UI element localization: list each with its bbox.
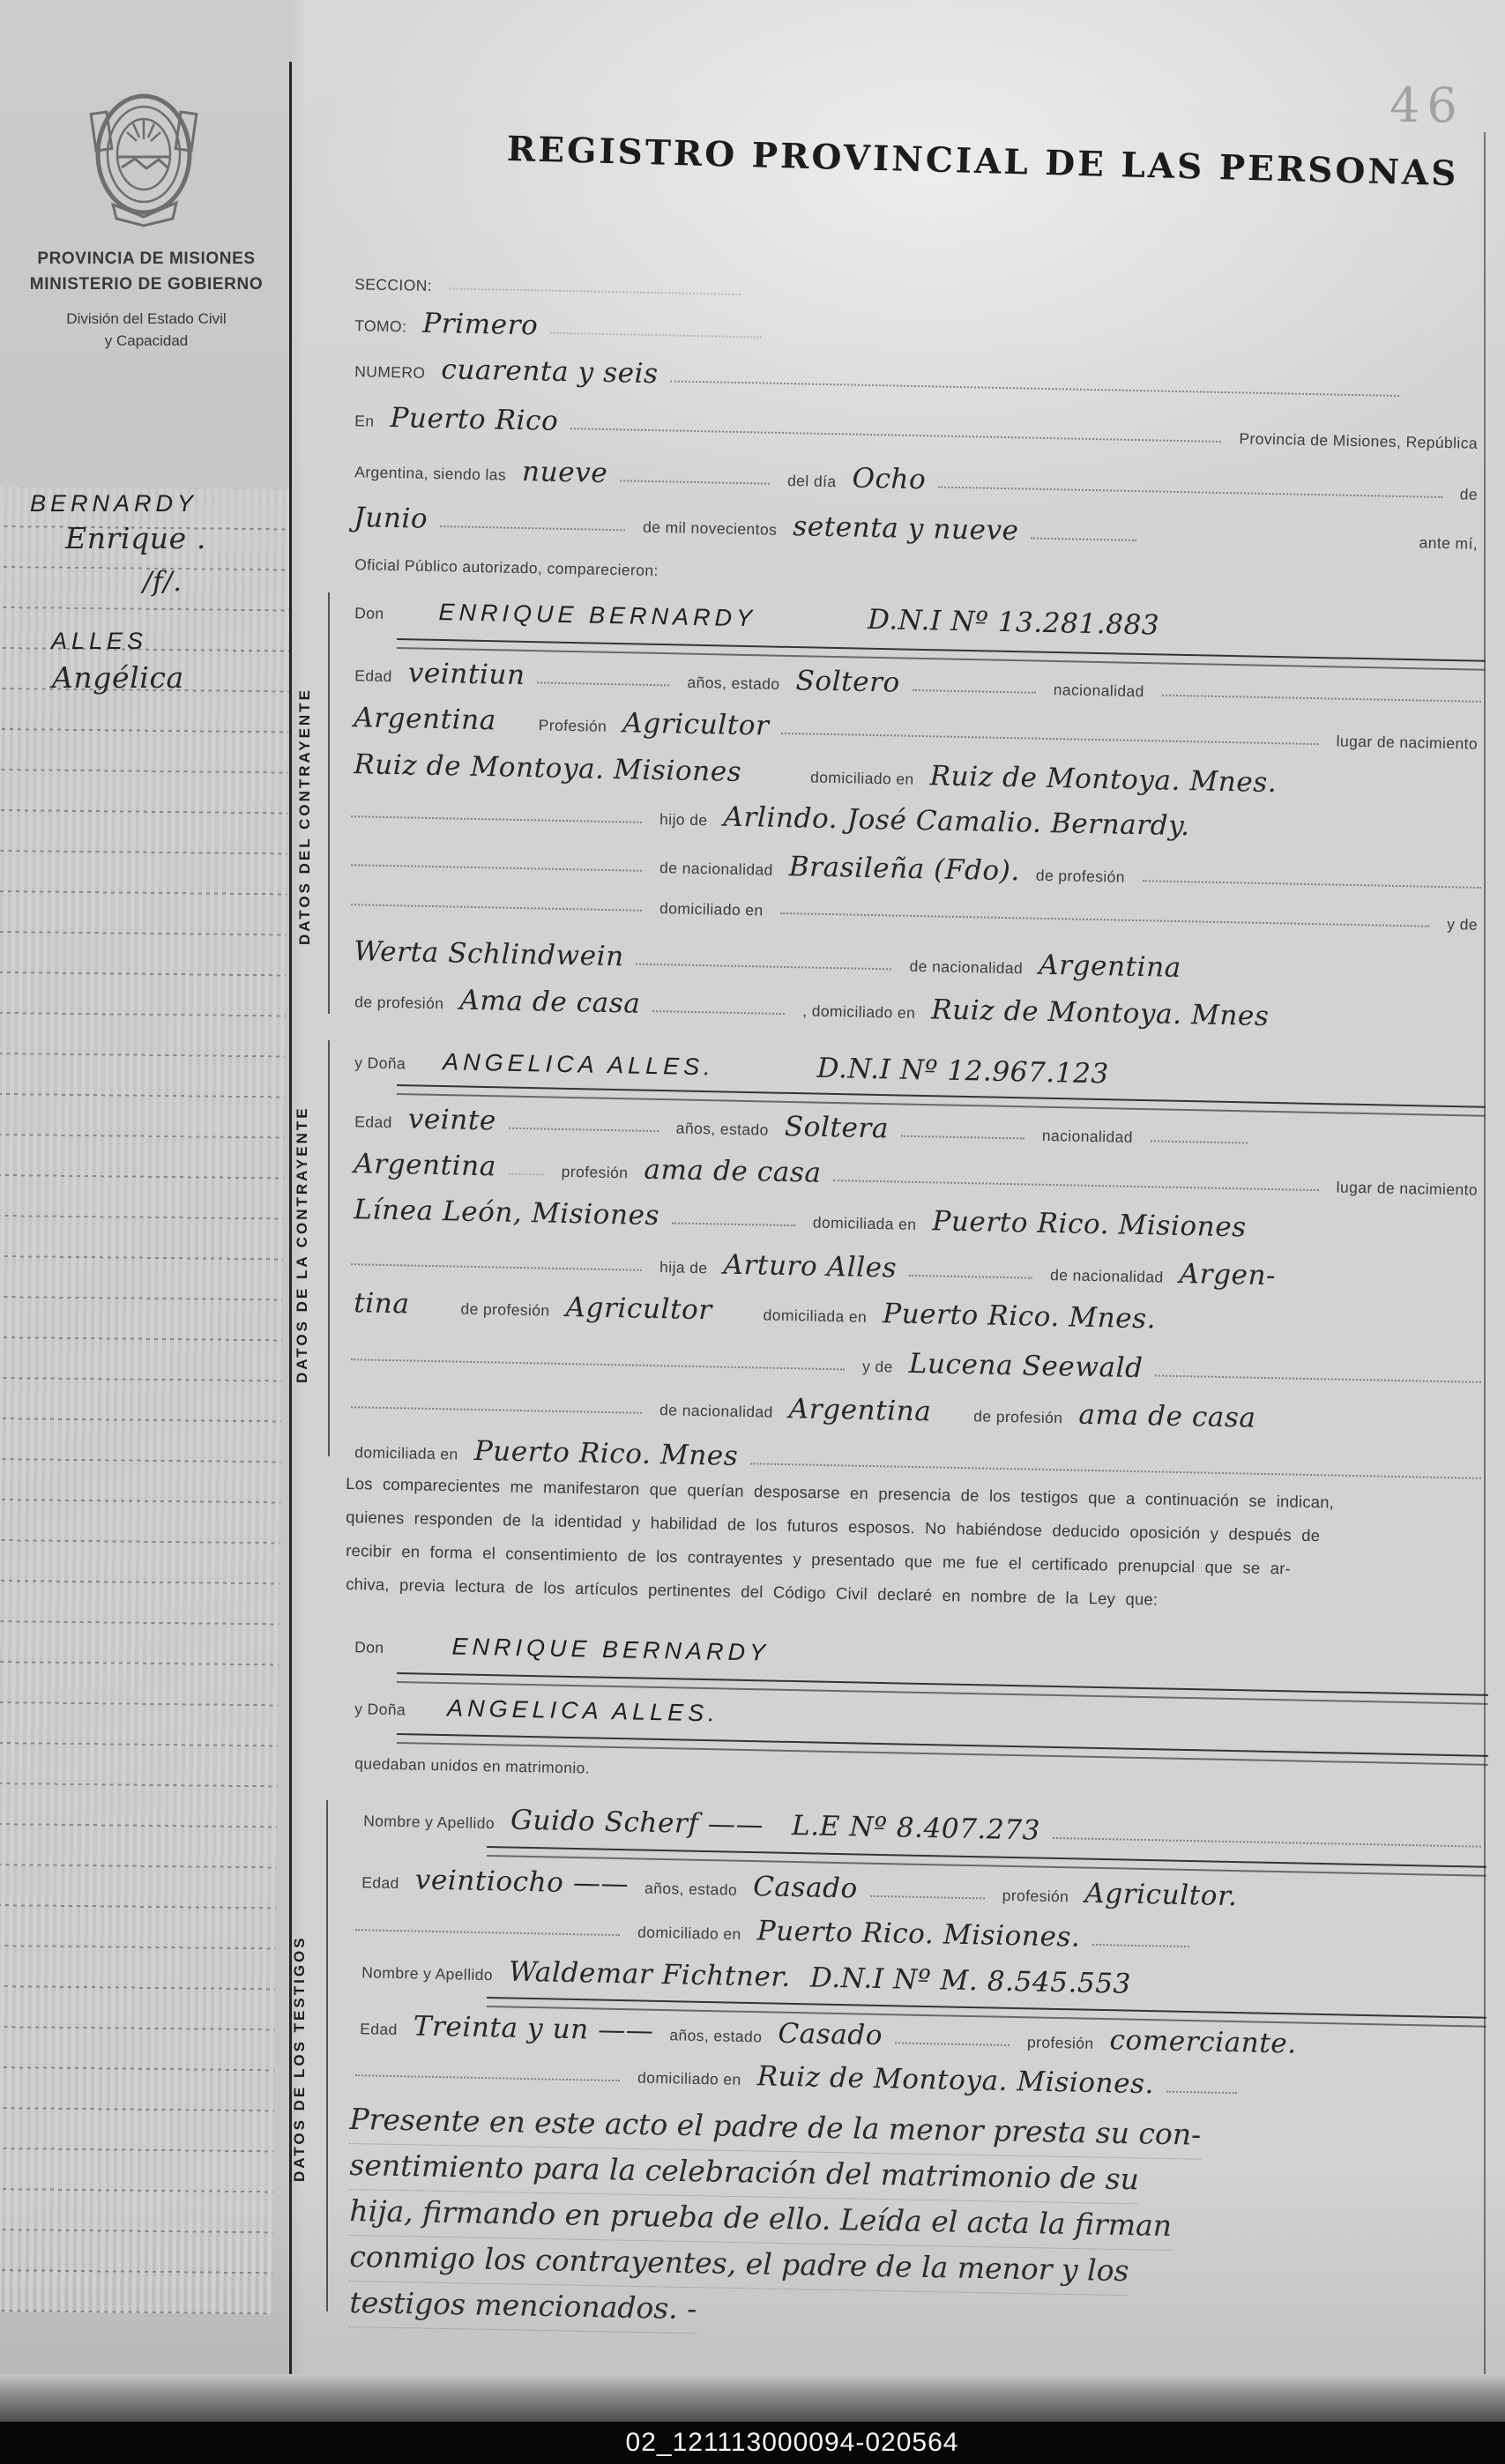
father-dom-label: domiciliada en: [763, 1306, 867, 1326]
day-label: del día: [787, 472, 837, 491]
letterhead-division-line1: División del Estado Civil: [2, 310, 291, 328]
witness2-residence: Ruiz de Montoya. Misiones.: [756, 2063, 1154, 2098]
tomo-label: TOMO:: [354, 316, 406, 336]
estado-label: años, estado: [669, 2026, 762, 2046]
bride-nationality: Argentina: [354, 1150, 496, 1180]
bride-profession: ama de casa: [644, 1157, 822, 1187]
fill-line: [509, 1128, 659, 1132]
margin-note-groom-surname: BERNARDY: [30, 490, 197, 517]
bride-father: Arturo Alles: [723, 1252, 897, 1283]
bride-mother-nationality: Argentina: [789, 1396, 932, 1426]
scanned-marriage-certificate: PROVINCIA DE MISIONES MINISTERIO DE GOBI…: [0, 0, 1505, 2464]
place-row: En Puerto Rico Provincia de Misiones, Re…: [344, 404, 1488, 454]
tomo-value: Primero: [422, 310, 539, 340]
en-label: En: [354, 412, 375, 430]
section-label-bride: DATOS DE LA CONTRAYENTE: [294, 1074, 311, 1416]
spacer: [416, 1716, 438, 1716]
declaration-line: recibir en forma el consentimiento de lo…: [346, 1541, 1291, 1579]
fill-line: [351, 864, 642, 872]
groom-father-nationality: Brasileña (Fdo).: [789, 853, 1021, 885]
estado-label: años, estado: [676, 1120, 769, 1140]
union-row: quedaban unidos en matrimonio.: [344, 1754, 1137, 1789]
fill-line: [652, 1010, 785, 1015]
dona-label: y Doña: [354, 1053, 406, 1073]
mother-prof-label: de profesión: [973, 1407, 1063, 1427]
month-value: Junio: [354, 504, 428, 533]
profesion-label: profesión: [1027, 2033, 1094, 2053]
bride-mother-row: y de Lucena Seewald: [344, 1339, 1488, 1389]
fill-line: [637, 964, 892, 971]
groom-birthplace: Ruiz de Montoya. Misiones: [354, 751, 742, 786]
bride-mother-profession: ama de casa: [1078, 1402, 1256, 1433]
fill-line: [1166, 2091, 1237, 2095]
groom-mother-profession-row: de profesión Ama de casa , domiciliado e…: [344, 985, 1488, 1035]
groom-mother-nationality: Argentina: [1039, 952, 1181, 982]
groom-name: ENRIQUE BERNARDY: [438, 599, 756, 632]
fill-line: [1031, 538, 1136, 541]
fill-line: [870, 1895, 985, 1900]
hijo-label: hijo de: [659, 810, 708, 830]
fill-line: [537, 681, 669, 686]
bride-father-profession-row: tina de profesión Agricultor domiciliada…: [348, 1290, 1488, 1340]
witness2-age: Treinta y un ——: [413, 2013, 653, 2044]
section-label-groom: DATOS DEL CONTRAYENTE: [296, 654, 314, 979]
margin-note-mark: /f/.: [143, 569, 183, 596]
spacer: [414, 1314, 450, 1314]
groom-father-domicile-row: domiciliado en y de: [344, 893, 1488, 934]
fill-line: [1162, 695, 1481, 703]
footer-bar: 02_121113000094-020564: [0, 2422, 1505, 2464]
nombre-apellido-label: Nombre y Apellido: [361, 1963, 493, 1984]
lugar-label: lugar de nacimiento: [1336, 732, 1478, 753]
groom-residence: Ruiz de Montoya. Mnes.: [929, 763, 1277, 797]
father-nat-label: de nacionalidad: [659, 859, 773, 880]
witness1-profession: Agricultor.: [1084, 1880, 1238, 1910]
letterhead-province: PROVINCIA DE MISIONES: [2, 249, 291, 269]
vows-groom-row: Don ENRIQUE BERNARDY: [344, 1631, 1488, 1681]
spacer: [502, 729, 528, 730]
margin-note-groom-given: Enrique .: [65, 524, 206, 553]
edad-label: Edad: [361, 1873, 399, 1893]
witness2-estado: Casado: [778, 2021, 883, 2050]
letterhead-ministry: MINISTERIO DE GOBIERNO: [2, 275, 291, 294]
bride-birthplace: Línea León, Misiones: [354, 1196, 659, 1230]
numero-label: NUMERO: [354, 362, 426, 383]
witness1-domicile-row: domiciliado en Puerto Rico. Misiones.: [348, 1909, 1488, 1960]
fill-line: [509, 1173, 544, 1176]
edad-label: Edad: [360, 2020, 398, 2039]
official-line: Oficial Público autorizado, compareciero…: [354, 555, 659, 580]
de-label: de: [1459, 485, 1478, 503]
groom-mother: Werta Schlindwein: [354, 938, 624, 971]
groom-section-bracket: [328, 592, 330, 1014]
declaration-line: quienes responden de la identidad y habi…: [346, 1507, 1320, 1545]
estado-label: años, estado: [644, 1880, 737, 1900]
numero-value: cuarenta y seis: [441, 356, 659, 388]
groom-birthplace-row: Ruiz de Montoya. Misiones domiciliado en…: [348, 751, 1488, 801]
bride-father-row: hija de Arturo Alles de nacionalidad Arg…: [344, 1244, 1488, 1294]
dona-label: y Doña: [354, 1700, 406, 1719]
father-nat-label: de nacionalidad: [1050, 1266, 1164, 1287]
profesion-label: profesión: [562, 1163, 629, 1183]
section-label-witnesses: DATOS DE LOS TESTIGOS: [291, 1926, 309, 2191]
bride-birthplace-row: Línea León, Misiones domiciliada en Puer…: [348, 1196, 1488, 1247]
fill-line: [620, 480, 770, 484]
hour-day-row: Argentina, siendo las nueve del día Ocho…: [344, 455, 1488, 505]
fill-line: [750, 1463, 1481, 1479]
union-statement: quedaban unidos en matrimonio.: [354, 1754, 590, 1777]
year-value: setenta y nueve: [793, 513, 1019, 545]
margin-ruled-lines: [0, 487, 291, 2314]
mother-dom-label: domiciliada en: [354, 1443, 458, 1463]
margin-note-bride-surname: ALLES: [51, 628, 147, 655]
bride-father-profession: Agricultor: [565, 1294, 712, 1324]
witness1-name: Guido Scherf ——: [510, 1807, 764, 1840]
mother-nat-label: de nacionalidad: [659, 1401, 773, 1422]
spacer: [765, 627, 862, 629]
witness1-estado: Casado: [753, 1873, 858, 1902]
fill-line: [1155, 1374, 1481, 1382]
spacer: [936, 1420, 963, 1421]
groom-dni: D.N.I Nº 13.281.883: [868, 607, 1160, 640]
spacer: [724, 1076, 812, 1077]
page-title: REGISTRO PROVINCIAL DE LAS PERSONAS: [506, 129, 1459, 194]
groom-profession: Agricultor: [622, 710, 770, 740]
witness1-age: veintiocho ——: [414, 1866, 629, 1898]
fill-line: [913, 689, 1036, 694]
bride-mother: Lucena Seewald: [909, 1351, 1144, 1382]
mother-prof-label: de profesión: [354, 993, 444, 1013]
bride-dni: D.N.I Nº 12.967.123: [816, 1055, 1109, 1089]
fill-line: [833, 1180, 1318, 1191]
bride-residence: Puerto Rico. Misiones: [932, 1208, 1247, 1241]
witness2-domicile-row: domiciliado en Ruiz de Montoya. Misiones…: [348, 2055, 1488, 2105]
argentina-label: Argentina, siendo las: [354, 463, 506, 484]
don-label: Don: [354, 604, 384, 623]
profesion-label: Profesión: [539, 716, 607, 736]
spacer: [394, 619, 429, 620]
father-dom-label: domiciliado en: [659, 899, 764, 919]
vows-bride-name: ANGELICA ALLES.: [447, 1694, 719, 1727]
vows-groom-name: ENRIQUE BERNARDY: [451, 1633, 770, 1666]
witness2-profession: comerciante.: [1109, 2027, 1297, 2058]
margin-note-bride-given: Angélica: [52, 663, 184, 692]
mother-nat-label: de nacionalidad: [909, 957, 1023, 979]
nacionalidad-label: nacionalidad: [1054, 681, 1144, 701]
fill-line: [351, 904, 642, 912]
ante-mi-label: ante mí,: [1419, 533, 1478, 553]
bride-mother-nationality-row: de nacionalidad Argentina de profesión a…: [344, 1387, 1488, 1437]
fill-line: [781, 733, 1318, 745]
place-value: Puerto Rico: [390, 405, 558, 435]
y-de-label: y de: [1447, 915, 1478, 934]
y-de-label: y de: [862, 1358, 893, 1377]
bride-father-nationality-part2: tina: [354, 1290, 410, 1318]
scan-edge-shadow: [0, 2374, 1505, 2422]
father-prof-label: de profesión: [460, 1300, 550, 1321]
bride-nationality-row: Argentina profesión ama de casa lugar de…: [348, 1150, 1488, 1201]
numero-row: NUMERO cuarenta y seis: [344, 354, 1406, 403]
spacer: [1144, 542, 1408, 547]
groom-mother-residence: Ruiz de Montoya. Mnes: [931, 996, 1270, 1031]
tomo-row: TOMO: Primero: [344, 309, 961, 348]
century-label: de mil novecientos: [643, 518, 778, 540]
groom-age: veintiun: [407, 659, 525, 689]
nacionalidad-label: nacionalidad: [1042, 1127, 1133, 1147]
fill-line: [672, 1222, 795, 1226]
lugar-label: lugar de nacimiento: [1336, 1178, 1478, 1199]
fill-line: [1143, 880, 1481, 889]
groom-nationality-row: Argentina Profesión Agricultor lugar de …: [348, 704, 1488, 755]
domicilio-label: domiciliado en: [637, 2069, 741, 2089]
fill-line: [895, 2042, 1010, 2046]
page-number: 46: [1390, 78, 1464, 133]
fill-line: [450, 287, 741, 295]
domicilio-label: domiciliada en: [813, 1214, 917, 1234]
fill-line: [440, 525, 625, 531]
spacer: [718, 1319, 753, 1320]
bride-mother-residence: Puerto Rico. Mnes: [473, 1438, 738, 1470]
footer-code: 02_121113000094-020564: [626, 2428, 959, 2458]
witness1-residence: Puerto Rico. Misiones.: [756, 1917, 1080, 1951]
hija-label: hija de: [659, 1258, 708, 1277]
official-row: Oficial Público autorizado, compareciero…: [344, 555, 1137, 590]
profesion-label: profesión: [1002, 1887, 1069, 1907]
nombre-apellido-label: Nombre y Apellido: [363, 1812, 495, 1833]
fill-line: [1092, 1944, 1189, 1947]
spacer: [747, 781, 800, 782]
fill-line: [1151, 1140, 1248, 1143]
witnesses-section-bracket: [326, 1800, 328, 2311]
edad-label: Edad: [354, 666, 392, 686]
fill-line: [1053, 1837, 1481, 1848]
witness2-name: Waldemar Fichtner.: [509, 1959, 791, 1991]
fill-line: [351, 1359, 845, 1370]
don-label: Don: [354, 1638, 384, 1657]
witness2-doc: D.N.I Nº M. 8.545.553: [810, 1964, 1132, 1998]
bride-section-bracket: [328, 1040, 330, 1456]
hour-value: nueve: [522, 458, 608, 488]
fill-line: [351, 1406, 642, 1414]
domicilio-label: domiciliado en: [637, 1924, 741, 1944]
bride-name: ANGELICA ALLES.: [443, 1048, 715, 1081]
seccion-row: SECCION:: [344, 275, 961, 306]
fill-line: [909, 1275, 1032, 1279]
groom-name-row: Don ENRIQUE BERNARDY D.N.I Nº 13.281.883: [344, 596, 1488, 647]
groom-mother-profession: Ama de casa: [459, 987, 641, 1018]
groom-father-nationality-row: de nacionalidad Brasileña (Fdo). de prof…: [344, 845, 1488, 895]
groom-nationality: Argentina: [354, 704, 496, 734]
father-prof-label: de profesión: [1036, 867, 1126, 887]
fill-line: [670, 380, 1398, 397]
fill-line: [351, 815, 642, 823]
groom-mother-row: Werta Schlindwein de nacionalidad Argent…: [348, 938, 1488, 988]
bride-age: veinte: [407, 1105, 496, 1135]
fill-line: [570, 428, 1221, 443]
spacer: [394, 1653, 443, 1654]
edad-label: Edad: [354, 1113, 392, 1132]
witness1-doc: L.E Nº 8.407.273: [792, 1813, 1040, 1845]
groom-father: Arlindo. José Camalio. Bernardy.: [723, 804, 1190, 841]
declaration-line: Los comparecientes me manifestaron que q…: [346, 1474, 1334, 1513]
fill-line: [355, 2074, 620, 2081]
bride-estado: Soltera: [785, 1113, 890, 1143]
fill-line: [901, 1135, 1024, 1140]
domicilio-label: domiciliado en: [810, 769, 914, 789]
fill-line: [781, 912, 1430, 927]
letterhead-division-line2: y Capacidad: [2, 332, 291, 350]
province-seal-icon: [78, 79, 210, 234]
day-value: Ocho: [852, 465, 926, 495]
estado-label: años, estado: [687, 674, 779, 694]
fill-line: [938, 487, 1442, 498]
fill-line: [550, 332, 762, 339]
month-year-row: Junio de mil novecientos setenta y nueve…: [348, 504, 1488, 555]
fill-line: [351, 1263, 642, 1271]
groom-estado: Soltero: [795, 667, 900, 696]
bride-father-nationality-part1: Argen-: [1179, 1261, 1276, 1290]
fill-line: [355, 1929, 620, 1936]
mother-dom-label: , domiciliado en: [802, 1001, 915, 1023]
province-suffix: Provincia de Misiones, República: [1239, 429, 1478, 452]
seccion-label: SECCION:: [354, 275, 432, 295]
closing-note-line: testigos mencionados. -: [349, 2285, 697, 2334]
groom-father-row: hijo de Arlindo. José Camalio. Bernardy.: [344, 796, 1488, 846]
declaration-line: chiva, previa lectura de los artículos p…: [346, 1574, 1158, 1610]
bride-father-residence: Puerto Rico. Mnes.: [883, 1300, 1157, 1333]
